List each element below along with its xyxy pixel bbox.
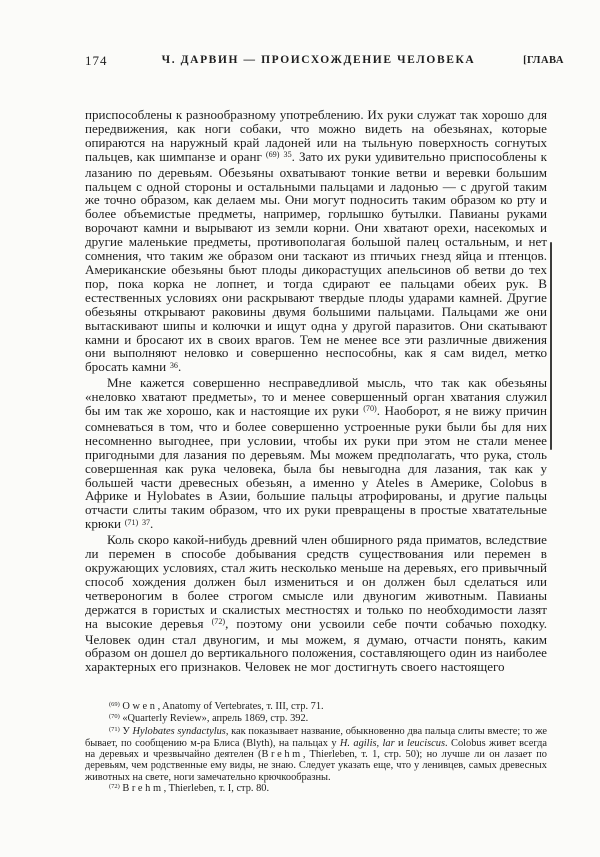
text-segment: .	[150, 516, 153, 531]
text-segment: Brehm	[262, 749, 303, 760]
footnote-reference: (72)	[109, 783, 120, 790]
paragraph: Мне кажется совершенно несправедливой мы…	[85, 376, 547, 533]
text-segment: .	[178, 359, 181, 374]
footnote-reference: (70)	[363, 404, 377, 413]
running-header: 174 Ч. ДАРВИН — ПРОИСХОЖДЕНИЕ ЧЕЛОВЕКА […	[85, 53, 552, 69]
footnote-reference: (71)	[125, 518, 139, 527]
footnote-reference: (72)	[212, 617, 226, 626]
text-segment: Brehm	[122, 783, 163, 794]
scan-artifact-line	[550, 242, 552, 450]
footnote-reference: (69)	[266, 150, 280, 159]
text-segment: . Зато их руки удивительно приспособлены…	[85, 149, 547, 375]
paragraph: Коль скоро какой-нибудь древний член обш…	[85, 533, 547, 674]
footnote: (70) «Quarterly Review», апрель 1869, ст…	[85, 713, 547, 725]
footnotes: (69) Owen, Anatomy of Vertebrates, т. II…	[85, 701, 547, 795]
paragraph: приспособлены к разнообразному употребле…	[85, 108, 547, 376]
text-segment: . Наоборот, я не вижу причин сомневаться…	[85, 403, 547, 531]
text-segment: , Anatomy of Vertebrates, т. III, стр. 7…	[158, 701, 324, 712]
footnote-reference: (70)	[109, 713, 120, 720]
text-segment: «Quarterly Review», апрель 1869, стр. 39…	[120, 713, 309, 724]
text-segment: , Thierleben, т. I, стр. 80.	[164, 783, 269, 794]
running-title: Ч. ДАРВИН — ПРОИСХОЖДЕНИЕ ЧЕЛОВЕКА	[85, 54, 552, 66]
footnote-reference: (69)	[109, 701, 120, 708]
text-segment: Owen	[122, 701, 157, 712]
footnote: (69) Owen, Anatomy of Vertebrates, т. II…	[85, 701, 547, 713]
text-segment: Hylobates syndactylus	[133, 726, 226, 737]
footnote-reference: (71)	[109, 726, 120, 733]
text-segment: leuciscus	[407, 738, 445, 749]
body-text: приспособлены к разнообразному употребле…	[85, 108, 547, 674]
footnote-reference: 35	[284, 150, 292, 159]
footnote: (71) У Hylobates syndactylus, как показы…	[85, 726, 547, 783]
text-segment: У	[120, 726, 133, 737]
chapter-mark: [ГЛАВА	[523, 55, 564, 66]
text-segment	[279, 149, 283, 164]
text-segment: H. agilis, lar	[340, 738, 395, 749]
footnote: (72) Brehm, Thierleben, т. I, стр. 80.	[85, 783, 547, 795]
book-page: 174 Ч. ДАРВИН — ПРОИСХОЖДЕНИЕ ЧЕЛОВЕКА […	[0, 0, 600, 857]
footnote-reference: 37	[142, 518, 150, 527]
text-segment: и	[395, 738, 407, 749]
footnote-reference: 36	[170, 361, 178, 370]
